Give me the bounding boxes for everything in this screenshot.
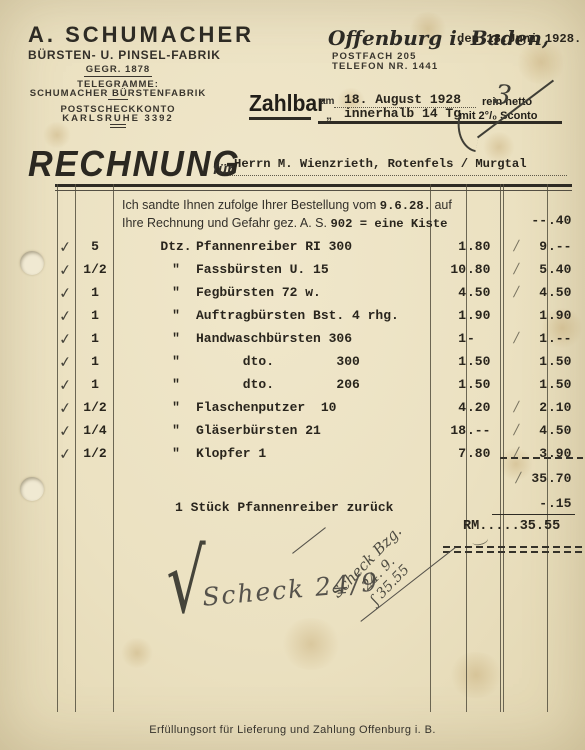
telegram-value: SCHUMACHER BÜRSTENFABRIK <box>8 88 228 99</box>
recipient-dotted-rule <box>230 175 567 176</box>
item-total-marks: 2 <box>495 400 547 415</box>
item-unit: " <box>158 331 194 346</box>
item-description: Fassbürsten U. 15 <box>196 262 329 277</box>
payable-underline <box>249 117 311 120</box>
item-description: dto. 206 <box>196 377 360 392</box>
invoice-scan: A. SCHUMACHER BÜRSTEN- U. PINSEL-FABRIK … <box>0 0 585 750</box>
paper-stain <box>448 652 504 698</box>
item-price-marks: 1 <box>396 331 466 346</box>
item-quantity: 1/2 <box>78 446 112 461</box>
item-total-pfennig: .50 <box>548 377 571 392</box>
return-note: 1 Stück Pfannenreiber zurück <box>175 500 393 515</box>
item-price-marks: 10 <box>396 262 466 277</box>
item-price-pfennig: .-- <box>467 423 490 438</box>
item-total-marks: 1 <box>495 377 547 392</box>
table-row: ✓ 5 Dtz. Pfannenreiber RI 300 1 .80 ∕ 9 … <box>0 238 585 260</box>
table-row: ✓ 1 " Fegbürsten 72 w. 4 .50 ∕ 4 .50 <box>0 284 585 306</box>
item-price-pfennig: .80 <box>467 239 490 254</box>
date-typed: den 18.Juni 1928. <box>457 32 581 46</box>
item-price-pfennig: .80 <box>467 262 490 277</box>
handwritten-checkmark: ✓ <box>58 329 72 348</box>
item-quantity: 1/2 <box>78 262 112 277</box>
invoice-title: RECHNUNG <box>28 143 241 185</box>
item-unit: " <box>158 285 194 300</box>
postal-value: KARLSRUHE 3392 <box>28 113 208 124</box>
item-description: Gläserbürsten 21 <box>196 423 321 438</box>
item-unit: " <box>158 354 194 369</box>
deduction-pfennig: .15 <box>548 496 571 511</box>
intro-printed: Ich sandte Ihnen zufolge Ihrer Bestellun… <box>122 198 380 212</box>
item-description: Pfannenreiber RI 300 <box>196 239 352 254</box>
item-price-marks: 1 <box>396 239 466 254</box>
pencil-squiggle <box>471 534 489 547</box>
table-row: ✓ 1/2 " Fassbürsten U. 15 10 .80 ∕ 5 .40 <box>0 261 585 283</box>
table-top-border-thin <box>55 190 572 191</box>
intro-line-1: Ich sandte Ihnen zufolge Ihrer Bestellun… <box>122 198 452 213</box>
item-description: Auftragbürsten Bst. 4 rhg. <box>196 308 399 323</box>
handwritten-checkmark: ✓ <box>58 444 72 463</box>
item-total-pfennig: .10 <box>548 400 571 415</box>
founded-text: GEGR. 1878 <box>84 64 152 77</box>
item-description: Klopfer 1 <box>196 446 266 461</box>
item-total-pfennig: .50 <box>548 423 571 438</box>
item-price-pfennig: .20 <box>467 400 490 415</box>
grand-total-line: RM.....35.55 <box>463 519 560 534</box>
table-top-border-thick <box>55 184 572 187</box>
company-name: A. SCHUMACHER <box>28 22 254 48</box>
item-price-pfennig: .90 <box>467 308 490 323</box>
item-total-pfennig: .-- <box>548 239 571 254</box>
item-unit: " <box>158 423 194 438</box>
item-price-marks: 18 <box>396 423 466 438</box>
separator-dash <box>108 99 128 100</box>
terms-underline <box>318 121 562 124</box>
item-total-marks: 4 <box>495 423 547 438</box>
am-label: am <box>320 96 334 107</box>
payment-date1: 18. August 1928 <box>344 92 461 107</box>
footer-text: Erfüllungsort für Lieferung und Zahlung … <box>0 724 585 736</box>
phone: TELEFON NR. 1441 <box>332 61 438 72</box>
paper-stain <box>280 618 342 670</box>
company-subtitle: BÜRSTEN- U. PINSEL-FABRIK <box>28 48 221 62</box>
item-price-pfennig: .50 <box>467 377 490 392</box>
item-price-pfennig: - <box>467 331 475 346</box>
intro-typed-date: 9.6.28. <box>380 199 431 213</box>
table-row: ✓ 1/2 " Klopfer 1 7 .80 ∕ 3 .90 <box>0 445 585 467</box>
item-unit: Dtz. <box>158 239 194 254</box>
item-unit: " <box>158 400 194 415</box>
item-unit: " <box>158 308 194 323</box>
item-unit: " <box>158 377 194 392</box>
item-price-marks: 1 <box>396 308 466 323</box>
payable-label: Zahlbar <box>249 90 325 117</box>
item-quantity: 1/2 <box>78 400 112 415</box>
paper-stain <box>120 638 154 668</box>
item-description: dto. 300 <box>196 354 360 369</box>
item-quantity: 1 <box>78 331 112 346</box>
handwritten-checkmark: ✓ <box>58 421 72 440</box>
item-total-marks: 1 <box>495 308 547 323</box>
handwritten-checkmark: ✓ <box>58 237 72 256</box>
subtotal-marks: 35 <box>495 471 547 486</box>
grand-total-double-rule <box>443 546 583 548</box>
deduction-marks: - <box>495 496 547 511</box>
item-description: Flaschenputzer 10 <box>196 400 336 415</box>
item-price-marks: 1 <box>396 377 466 392</box>
item-description: Fegbürsten 72 w. <box>196 285 321 300</box>
item-quantity: 1 <box>78 285 112 300</box>
item-price-pfennig: .50 <box>467 354 490 369</box>
handwritten-stroke <box>477 80 554 139</box>
item-total-marks: 4 <box>495 285 547 300</box>
handwritten-checkmark: ✓ <box>58 306 72 325</box>
deduction-underline <box>492 514 575 515</box>
item-total-marks: 9 <box>495 239 547 254</box>
item-total-marks: 1 <box>495 331 547 346</box>
kiste-fee-row: -- .40 <box>0 212 585 234</box>
item-price-marks: 7 <box>396 446 466 461</box>
table-row: ✓ 1/4 " Gläserbürsten 21 18 .-- ∕ 4 .50 <box>0 422 585 444</box>
handwritten-checkmark: ✓ <box>58 375 72 394</box>
item-total-pfennig: .90 <box>548 308 571 323</box>
ditto-mark: „ <box>326 108 332 122</box>
item-quantity: 1 <box>78 308 112 323</box>
kiste-fee-pfennig: .40 <box>548 213 571 228</box>
item-price-pfennig: .80 <box>467 446 490 461</box>
founded-line: GEGR. 1878 <box>28 64 208 75</box>
item-price-marks: 4 <box>396 400 466 415</box>
table-row: ✓ 1 " Auftragbürsten Bst. 4 rhg. 1 .90 1… <box>0 307 585 329</box>
items-end-dashed-rule <box>500 457 583 459</box>
handwritten-checkmark: ✓ <box>58 352 72 371</box>
item-price-marks: 4 <box>396 285 466 300</box>
table-row: ✓ 1 " dto. 300 1 .50 1 .50 <box>0 353 585 375</box>
item-quantity: 1 <box>78 377 112 392</box>
item-unit: " <box>158 262 194 277</box>
intro-suffix: auf <box>431 198 452 212</box>
recipient-typed: Herrn M. Wienzrieth, Rotenfels / Murgtal <box>234 157 527 171</box>
item-description: Handwaschbürsten 306 <box>196 331 352 346</box>
table-row: ✓ 1 " dto. 206 1 .50 1 .50 <box>0 376 585 398</box>
handwritten-big-check: √ <box>166 538 205 626</box>
item-total-pfennig: .-- <box>548 331 571 346</box>
table-row: ✓ 1 " Handwaschbürsten 306 1 - ∕ 1 .-- <box>0 330 585 352</box>
item-price-marks: 1 <box>396 354 466 369</box>
subtotal-pfennig: .70 <box>548 471 571 486</box>
item-total-pfennig: .40 <box>548 262 571 277</box>
handwritten-checkmark: ✓ <box>58 283 72 302</box>
item-total-pfennig: .50 <box>548 354 571 369</box>
separator-dash <box>110 127 126 128</box>
payment-date2: innerhalb 14 Tg <box>344 106 461 121</box>
separator-dash <box>110 124 126 125</box>
item-unit: " <box>158 446 194 461</box>
item-total-pfennig: .50 <box>548 285 571 300</box>
item-quantity: 1/4 <box>78 423 112 438</box>
item-quantity: 5 <box>78 239 112 254</box>
kiste-fee-marks: -- <box>495 213 547 228</box>
handwritten-checkmark: ✓ <box>58 260 72 279</box>
subtotal-row: ∕ 35 .70 <box>0 470 585 492</box>
table-row: ✓ 1/2 " Flaschenputzer 10 4 .20 ∕ 2 .10 <box>0 399 585 421</box>
item-price-pfennig: .50 <box>467 285 490 300</box>
grand-total-double-rule <box>443 551 583 553</box>
handwritten-checkmark: ✓ <box>58 398 72 417</box>
item-total-marks: 5 <box>495 262 547 277</box>
handwritten-diagonal-stroke <box>292 527 326 554</box>
item-quantity: 1 <box>78 354 112 369</box>
item-total-marks: 1 <box>495 354 547 369</box>
